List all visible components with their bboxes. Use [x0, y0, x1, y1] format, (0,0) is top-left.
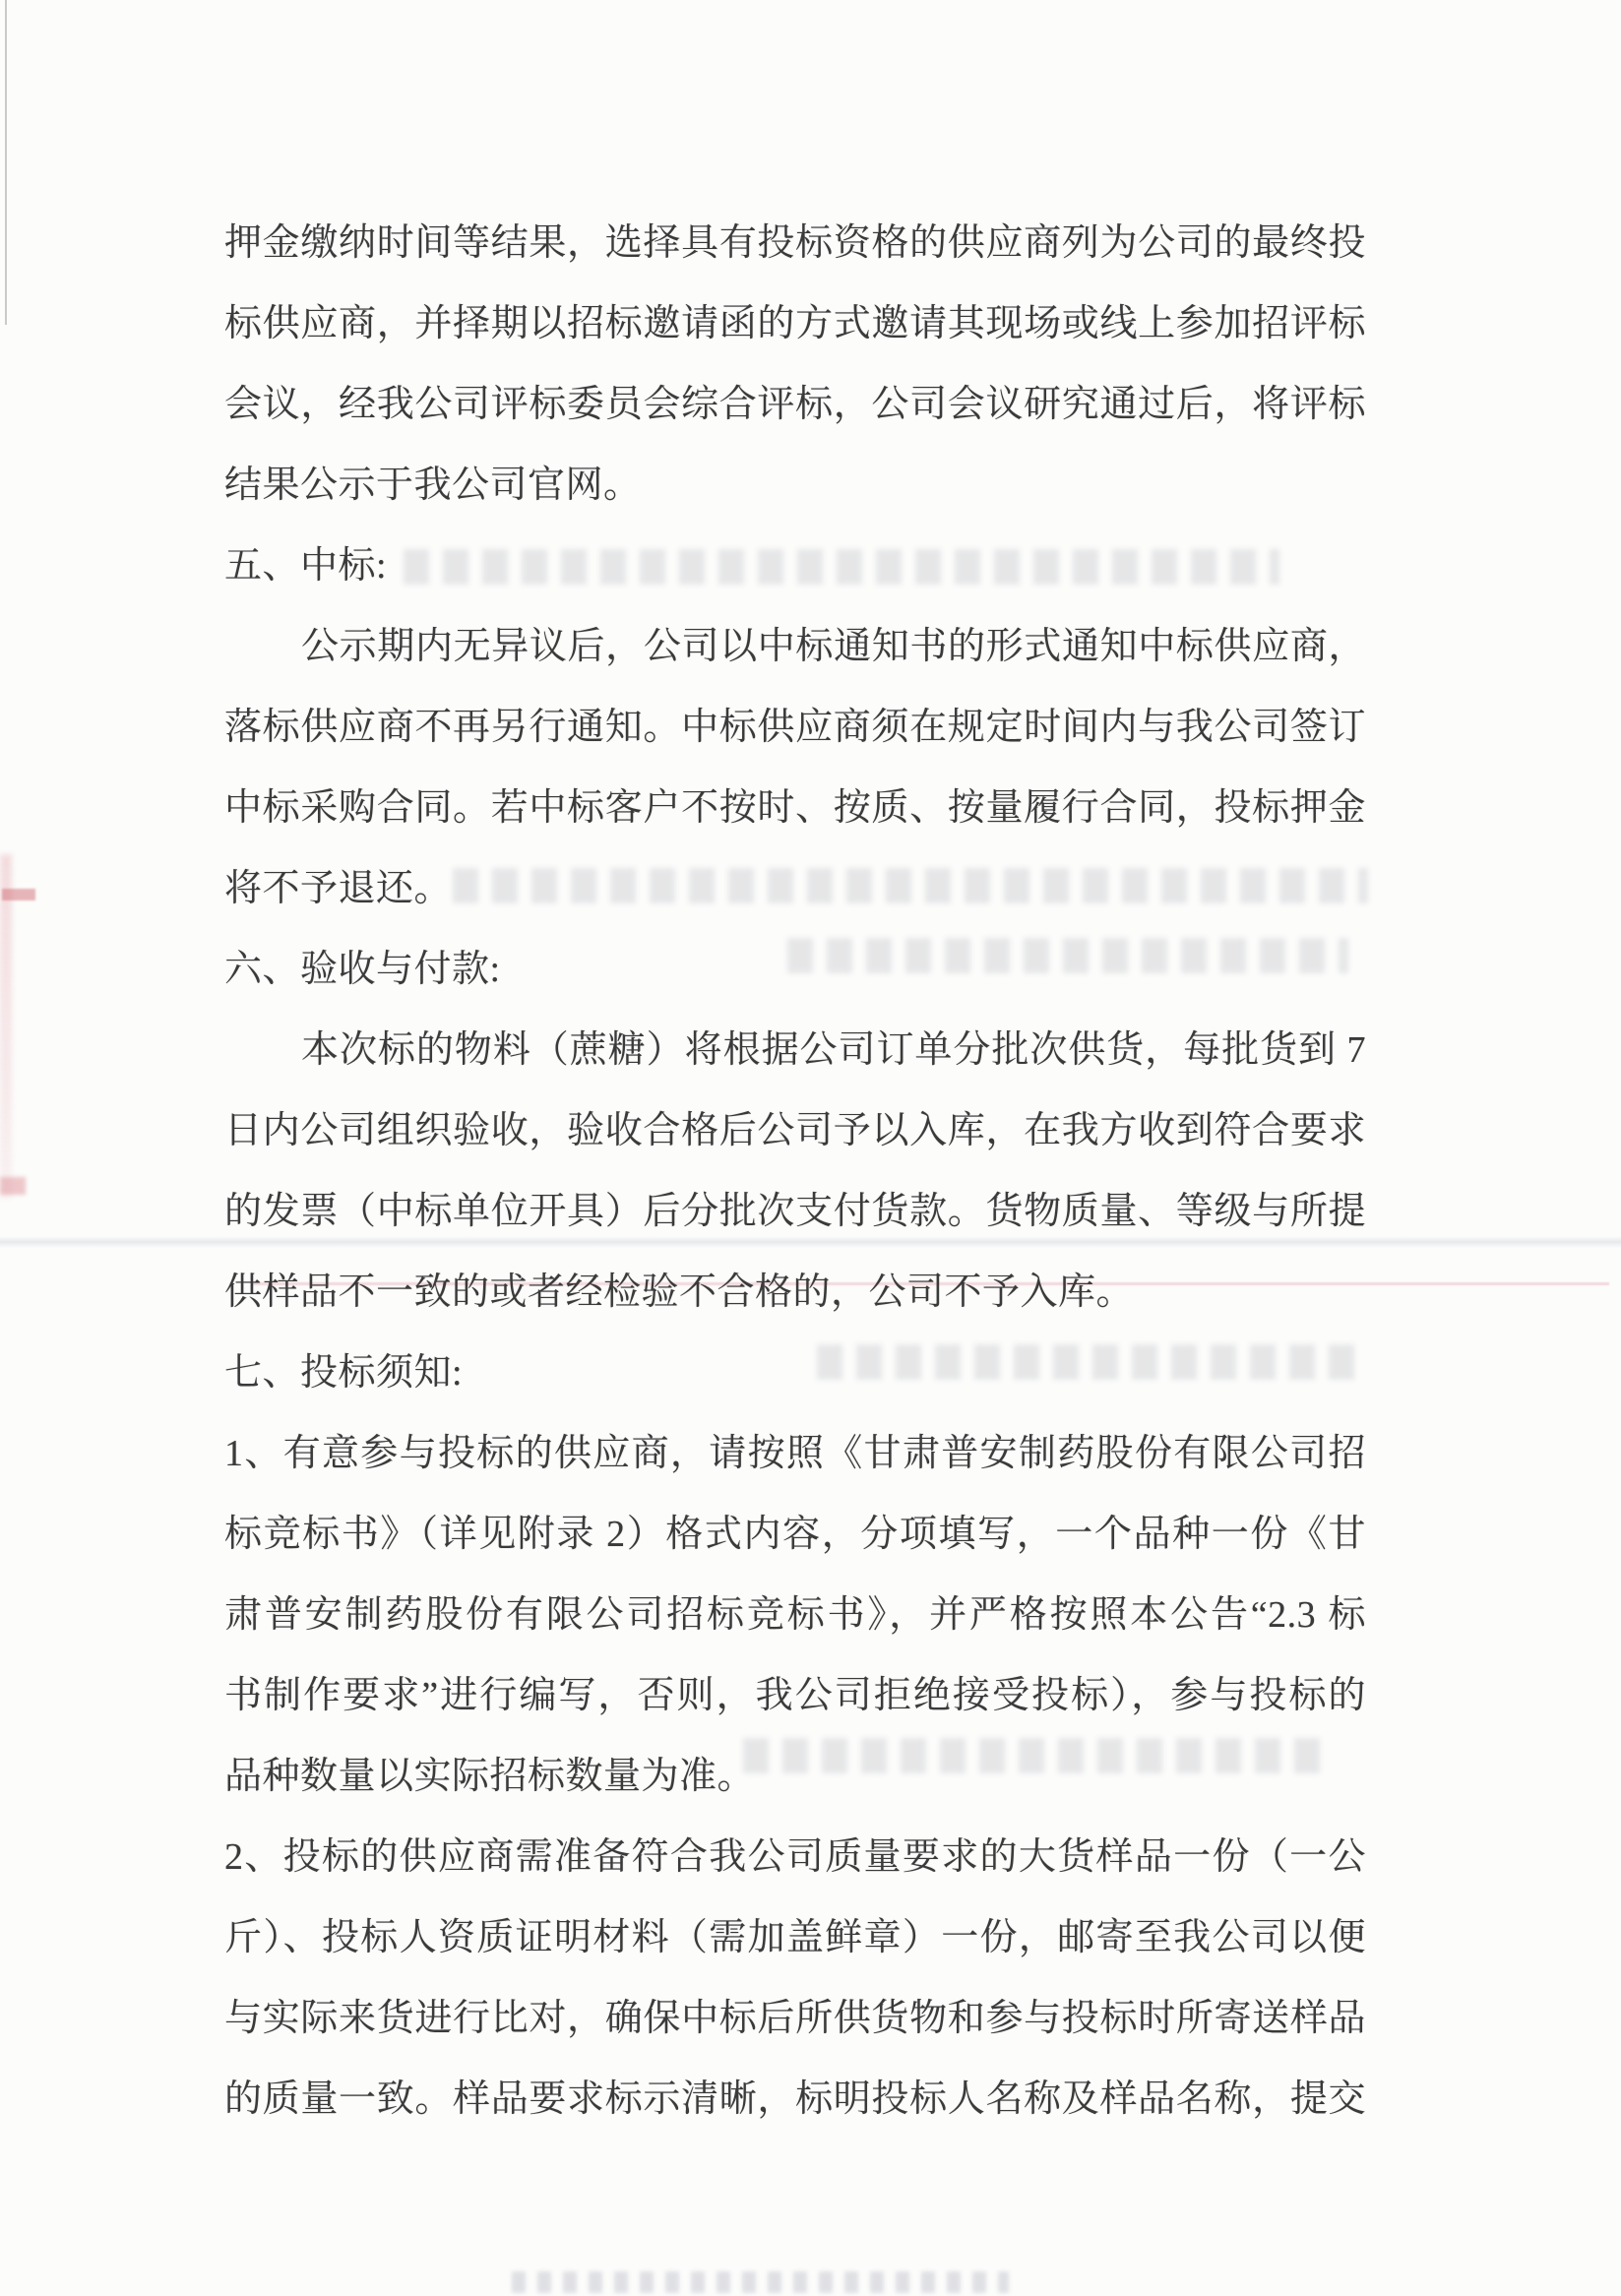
section-heading: 五、中标: — [224, 526, 1366, 606]
section-heading: 六、验收与付款: — [224, 929, 1366, 1010]
text-line: 标竞标书》（详见附录 2）格式内容，分项填写，一个品种一份《甘 — [224, 1494, 1366, 1575]
text-line: 中标采购合同。若中标客户不按时、按质、按量履行合同，投标押金 — [224, 768, 1366, 848]
text-line: 肃普安制药股份有限公司招标竞标书》，并严格按照本公告“2.3 标 — [224, 1575, 1366, 1655]
scan-red-mark-artifact — [0, 1177, 26, 1195]
text-line: 会议，经我公司评标委员会综合评标，公司会议研究通过后，将评标 — [224, 364, 1366, 445]
text-line: 结果公示于我公司官网。 — [224, 445, 1366, 526]
document-page: 押金缴纳时间等结果，选择具有投标资格的供应商列为公司的最终投 标供应商，并择期以… — [0, 0, 1621, 2296]
text-line: 品种数量以实际招标数量为准。 — [224, 1736, 1366, 1817]
text-line: 1、有意参与投标的供应商，请按照《甘肃普安制药股份有限公司招 — [224, 1413, 1366, 1494]
text-line: 2、投标的供应商需准备符合我公司质量要求的大货样品一份（一公 — [224, 1817, 1366, 1897]
text-line: 日内公司组织验收，验收合格后公司予以入库，在我方收到符合要求 — [224, 1090, 1366, 1171]
text-line: 书制作要求”进行编写，否则，我公司拒绝接受投标），参与投标的 — [224, 1655, 1366, 1736]
text-line: 本次标的物料（蔗糖）将根据公司订单分批次供货，每批货到 7 — [224, 1010, 1366, 1090]
text-line: 公示期内无异议后，公司以中标通知书的形式通知中标供应商， — [224, 606, 1366, 687]
scan-bleed-through-artifact — [512, 2271, 1009, 2293]
text-line: 斤）、投标人资质证明材料（需加盖鲜章）一份，邮寄至我公司以便 — [224, 1897, 1366, 1978]
text-line: 供样品不一致的或者经检验不合格的，公司不予入库。 — [224, 1252, 1366, 1333]
text-line: 标供应商，并择期以招标邀请函的方式邀请其现场或线上参加招评标 — [224, 283, 1366, 364]
scan-red-mark-artifact — [2, 889, 35, 900]
scan-pink-streak-artifact — [0, 854, 12, 1199]
scan-edge-line-artifact — [5, 0, 7, 325]
text-line: 将不予退还。 — [224, 848, 1366, 929]
text-line: 的发票（中标单位开具）后分批次支付货款。货物质量、等级与所提 — [224, 1171, 1366, 1252]
text-line: 与实际来货进行比对，确保中标后所供货物和参与投标时所寄送样品 — [224, 1978, 1366, 2059]
text-line: 落标供应商不再另行通知。中标供应商须在规定时间内与我公司签订 — [224, 687, 1366, 768]
document-text-block: 押金缴纳时间等结果，选择具有投标资格的供应商列为公司的最终投 标供应商，并择期以… — [224, 203, 1366, 2140]
text-line: 的质量一致。样品要求标示清晰，标明投标人名称及样品名称，提交 — [224, 2059, 1366, 2140]
text-line: 押金缴纳时间等结果，选择具有投标资格的供应商列为公司的最终投 — [224, 203, 1366, 283]
section-heading: 七、投标须知: — [224, 1333, 1366, 1413]
